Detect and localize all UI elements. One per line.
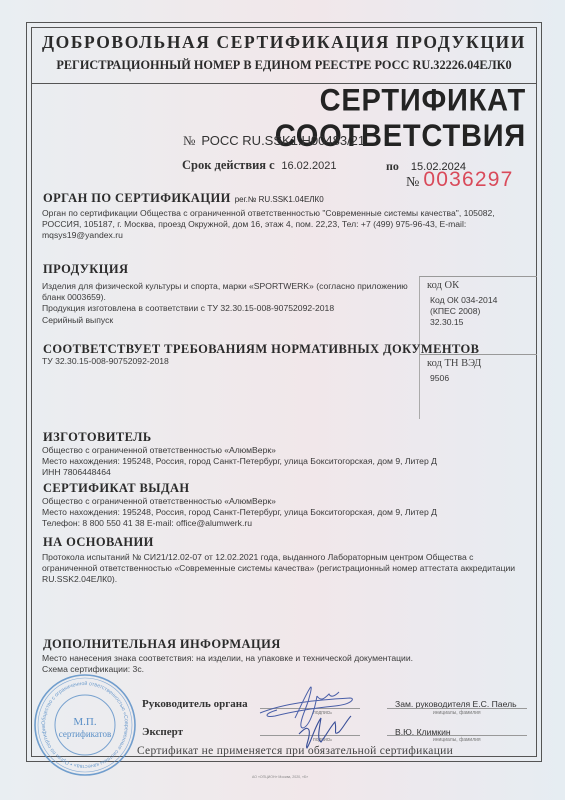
code-tnved-heading: код ТН ВЭД — [427, 358, 537, 369]
expert-name-line — [387, 735, 527, 736]
text-line: Орган по сертификации Общества с огранич… — [42, 208, 495, 219]
manufacturer-text: Общество с ограниченной ответственностью… — [42, 445, 437, 479]
text-line: Общество с ограниченной ответственностью… — [42, 496, 437, 507]
text-line: (КПЕС 2008) — [430, 306, 537, 317]
validity-from: Срок действия с 16.02.2021 — [182, 158, 336, 173]
section-heading-certification-body: ОРГАН ПО СЕРТИФИКАЦИИрег.№ RU.SSK1.04ЕЛК… — [43, 191, 324, 206]
head-of-body-label: Руководитель органа — [142, 698, 248, 710]
section-heading-additional-info: ДОПОЛНИТЕЛЬНАЯ ИНФОРМАЦИЯ — [43, 637, 281, 652]
section-heading-product: ПРОДУКЦИЯ — [43, 262, 128, 277]
text-line: ТУ 32.30.15-008-90752092-2018 — [42, 356, 169, 367]
validity-from-label: Срок действия с — [182, 158, 275, 172]
section-heading-compliance: СООТВЕТСТВУЕТ ТРЕБОВАНИЯМ НОРМАТИВНЫХ ДО… — [43, 342, 479, 357]
text-line: Место нахождения: 195248, Россия, город … — [42, 507, 437, 518]
compliance-text: ТУ 32.30.15-008-90752092-2018 — [42, 356, 169, 367]
issued-to-text: Общество с ограниченной ответственностью… — [42, 496, 437, 530]
number-sign: № — [406, 175, 419, 190]
text-line: Изделия для физической культуры и спорта… — [42, 281, 408, 292]
head-name-caption: инициалы, фамилия — [433, 710, 481, 716]
blank-number-value: 0036297 — [423, 168, 513, 191]
text-line: Код ОК 034-2014 — [430, 295, 537, 306]
validity-to-label: по — [386, 159, 399, 173]
code-tnved-box: код ТН ВЭД 9506 — [419, 354, 537, 419]
code-ok-heading: код ОК — [427, 280, 537, 291]
text-line: Телефон: 8 800 550 41 38 E-mail: office@… — [42, 518, 437, 529]
code-tnved-values: 9506 — [430, 373, 537, 384]
text-line: Место нахождения: 195248, Россия, город … — [42, 456, 437, 467]
text-line: 9506 — [430, 373, 537, 384]
blank-number: №0036297 — [406, 168, 514, 192]
certificate-number-value: РОСС RU.SSK1.Н00483/21 — [201, 133, 365, 148]
footer-note: Сертификат не применяется при обязательн… — [0, 745, 565, 757]
text-line: mqsys19@yandex.ru — [42, 230, 495, 241]
header-registry-number: РЕГИСТРАЦИОННЫЙ НОМЕР В ЕДИНОМ РЕЕСТРЕ Р… — [32, 58, 536, 73]
section-heading-issued-to: СЕРТИФИКАТ ВЫДАН — [43, 481, 190, 496]
certification-body-text: Орган по сертификации Общества с огранич… — [42, 208, 495, 242]
text-line: ИНН 7806448464 — [42, 467, 437, 478]
validity-from-date: 16.02.2021 — [281, 160, 336, 172]
product-text: Изделия для физической культуры и спорта… — [42, 281, 408, 326]
section-heading-manufacturer: ИЗГОТОВИТЕЛЬ — [43, 430, 152, 445]
text-line: бланк 0003659). — [42, 292, 408, 303]
text-line: Продукция изготовлена в соответствии с Т… — [42, 303, 408, 314]
head-name-line — [387, 708, 527, 709]
code-ok-values: Код ОК 034-2014 (КПЕС 2008) 32.30.15 — [430, 295, 537, 328]
text-line: Протокола испытаний № СИ21/12.02-07 от 1… — [42, 552, 515, 563]
expert-label: Эксперт — [142, 726, 183, 738]
certification-body-heading: ОРГАН ПО СЕРТИФИКАЦИИ — [43, 191, 231, 205]
official-stamp-icon: Общество с ограниченной ответственностью… — [33, 673, 137, 777]
text-line: Серийный выпуск — [42, 315, 408, 326]
text-line: 32.30.15 — [430, 317, 537, 328]
basis-text: Протокола испытаний № СИ21/12.02-07 от 1… — [42, 552, 515, 586]
number-sign: № — [183, 133, 195, 148]
text-line: РОССИЯ, 105187, г. Москва, проезд Окружн… — [42, 219, 495, 230]
text-line: Место нанесения знака соответствия: на и… — [42, 653, 413, 664]
stamp-center-text: сертификатов — [59, 729, 111, 739]
section-heading-basis: НА ОСНОВАНИИ — [43, 535, 154, 550]
text-line: ограниченной ответственностью «Современн… — [42, 563, 515, 574]
printer-mark: АО «ОПЦИОН» Москва, 2020, «Б» — [252, 775, 308, 779]
text-line: RU.SSK2.04ЕЛК0). — [42, 574, 515, 585]
text-line: Общество с ограниченной ответственностью… — [42, 445, 437, 456]
header-voluntary-certification: ДОБРОВОЛЬНАЯ СЕРТИФИКАЦИЯ ПРОДУКЦИИ — [32, 32, 536, 53]
certificate-number: №РОСС RU.SSK1.Н00483/21 — [183, 133, 365, 149]
certification-body-reg-number: рег.№ RU.SSK1.04ЕЛК0 — [235, 195, 324, 204]
expert-name-caption: инициалы, фамилия — [433, 737, 481, 743]
stamp-mp: М.П. — [73, 716, 96, 728]
